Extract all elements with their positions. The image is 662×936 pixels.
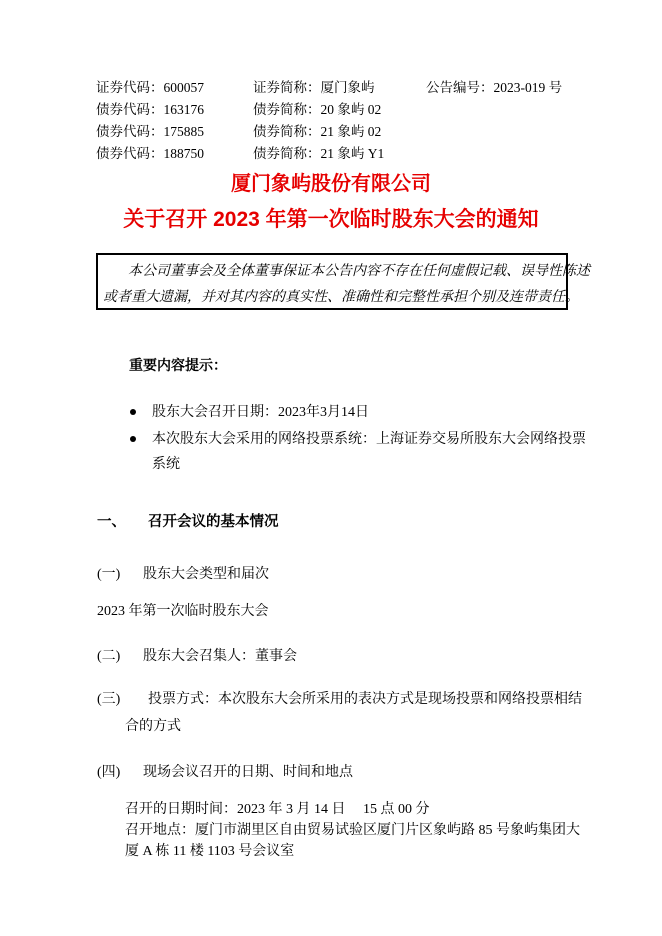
bond-abbr-3: 债券简称：21 象屿 Y1: [253, 143, 426, 165]
header-row: 证券代码：600057 证券简称：厦门象屿 公告编号：2023-019 号: [96, 77, 576, 99]
item-2-label: (二): [97, 645, 143, 665]
section-1-title: 召开会议的基本情况: [148, 514, 279, 530]
header-row: 债券代码：188750 债券简称：21 象屿 Y1: [96, 143, 576, 165]
securities-header-table: 证券代码：600057 证券简称：厦门象屿 公告编号：2023-019 号 债券…: [96, 77, 576, 165]
item-1-value: 2023 年第一次临时股东大会: [97, 600, 269, 620]
meeting-venue-line-2: 厦 A 栋 11 楼 1103 号会议室: [125, 840, 294, 860]
bullet-voting-system-line-1: 本次股东大会采用的网络投票系统：上海证券交易所股东大会网络投票: [152, 428, 586, 448]
item-2-text: 股东大会召集人：董事会: [143, 649, 297, 664]
item-voting-method-line-1: 投票方式：本次股东大会所采用的表决方式是现场投票和网络投票相结: [148, 688, 582, 708]
disclaimer-line-1: 本公司董事会及全体董事保证本公告内容不存在任何虚假记载、误导性陈述: [103, 259, 561, 285]
notice-title: 关于召开 2023 年第一次临时股东大会的通知: [0, 203, 662, 233]
item-voting-method-line-2: 合的方式: [125, 715, 181, 735]
meeting-venue-line-1: 召开地点：厦门市湖里区自由贸易试验区厦门片区象屿路 85 号象屿集团大: [125, 819, 580, 839]
header-row: 债券代码：163176 债券简称：20 象屿 02: [96, 99, 576, 121]
item-3-label: (三): [97, 688, 120, 708]
announcement-number: 公告编号：2023-019 号: [426, 77, 576, 99]
bond-code-2: 债券代码：175885: [96, 121, 253, 143]
bullet-voting-system-line-2: 系统: [152, 453, 180, 473]
item-convener: (二)股东大会召集人：董事会: [97, 645, 297, 665]
bond-abbr-1: 债券简称：20 象屿 02: [253, 99, 426, 121]
item-4-text: 现场会议召开的日期、时间和地点: [143, 765, 353, 780]
item-4-label: (四): [97, 761, 143, 781]
item-1-label: (一): [97, 563, 143, 583]
stock-abbr: 证券简称：厦门象屿: [253, 77, 426, 99]
bond-code-3: 债券代码：188750: [96, 143, 253, 165]
stock-code: 证券代码：600057: [96, 77, 253, 99]
item-1-text: 股东大会类型和届次: [143, 567, 269, 582]
bullet-icon: [130, 436, 136, 442]
item-meeting-type: (一)股东大会类型和届次: [97, 563, 269, 583]
item-meeting-place: (四)现场会议召开的日期、时间和地点: [97, 761, 353, 781]
header-row: 债券代码：175885 债券简称：21 象屿 02: [96, 121, 576, 143]
disclaimer-box: 本公司董事会及全体董事保证本公告内容不存在任何虚假记载、误导性陈述 或者重大遗漏…: [96, 253, 568, 310]
bond-code-1: 债券代码：163176: [96, 99, 253, 121]
company-name-title: 厦门象屿股份有限公司: [0, 167, 662, 196]
bullet-meeting-date: 股东大会召开日期：2023年3月14日: [152, 401, 369, 421]
highlights-heading: 重要内容提示：: [129, 355, 227, 375]
meeting-datetime: 召开的日期时间：2023 年 3 月 14 日 15 点 00 分: [125, 798, 430, 818]
bond-abbr-2: 债券简称：21 象屿 02: [253, 121, 426, 143]
disclaimer-line-2: 或者重大遗漏，并对其内容的真实性、准确性和完整性承担个别及连带责任。: [103, 285, 561, 311]
document-page: 证券代码：600057 证券简称：厦门象屿 公告编号：2023-019 号 债券…: [0, 0, 662, 936]
section-1-number: 一、: [97, 510, 148, 531]
section-1-heading: 一、召开会议的基本情况: [97, 510, 279, 531]
bullet-icon: [130, 409, 136, 415]
